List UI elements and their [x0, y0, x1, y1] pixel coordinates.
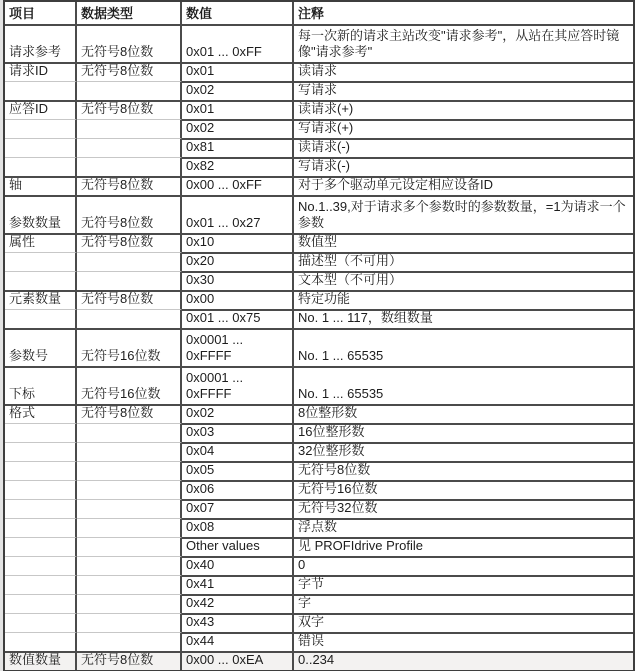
- item-cell: 属性: [5, 233, 77, 252]
- note-cell: 16位整形数: [294, 423, 633, 442]
- table-row: 0x42字: [5, 594, 633, 613]
- type-cell: [77, 556, 182, 575]
- type-cell: [77, 423, 182, 442]
- note-cell: 写请求(+): [294, 119, 633, 138]
- item-cell: [5, 442, 77, 461]
- type-cell: 无符号16位数: [77, 366, 182, 404]
- value-cell: 0x41: [182, 575, 294, 594]
- note-cell: 数值型: [294, 233, 633, 252]
- item-cell: [5, 480, 77, 499]
- type-cell: [77, 499, 182, 518]
- item-cell: [5, 518, 77, 537]
- note-cell: 无符号16位数: [294, 480, 633, 499]
- type-cell: [77, 613, 182, 632]
- item-cell: [5, 613, 77, 632]
- table-row: 0x05无符号8位数: [5, 461, 633, 480]
- value-cell: 0x00 ... 0xFF: [182, 176, 294, 195]
- item-cell: 下标: [5, 366, 77, 404]
- table-row: 0x0432位整形数: [5, 442, 633, 461]
- note-cell: 0..234: [294, 651, 633, 670]
- table-row: 0x02写请求: [5, 81, 633, 100]
- value-cell: 0x07: [182, 499, 294, 518]
- table-row: 0x0316位整形数: [5, 423, 633, 442]
- value-cell: 0x01 ... 0xFF: [182, 24, 294, 62]
- note-cell: 浮点数: [294, 518, 633, 537]
- table-row: 请求ID无符号8位数0x01读请求: [5, 62, 633, 81]
- item-cell: [5, 499, 77, 518]
- table-row: 0x01 ... 0x75No. 1 ... 117，数组数量: [5, 309, 633, 328]
- type-cell: 无符号8位数: [77, 195, 182, 233]
- note-cell: 文本型（不可用）: [294, 271, 633, 290]
- note-cell: 对于多个驱动单元设定相应设备ID: [294, 176, 633, 195]
- table-row: 0x06无符号16位数: [5, 480, 633, 499]
- value-cell: 0x05: [182, 461, 294, 480]
- type-cell: [77, 309, 182, 328]
- value-cell: 0x02: [182, 81, 294, 100]
- value-cell: Other values: [182, 537, 294, 556]
- item-cell: 数值数量: [5, 651, 77, 670]
- value-cell: 0x0001 ... 0xFFFF: [182, 328, 294, 366]
- item-cell: [5, 309, 77, 328]
- item-cell: 请求ID: [5, 62, 77, 81]
- type-cell: 无符号8位数: [77, 176, 182, 195]
- item-cell: [5, 461, 77, 480]
- column-header: 数据类型: [77, 2, 182, 24]
- note-cell: 读请求(-): [294, 138, 633, 157]
- note-cell: 每一次新的请求主站改变"请求参考"，从站在其应答时镜像"请求参考": [294, 24, 633, 62]
- value-cell: 0x04: [182, 442, 294, 461]
- type-cell: [77, 518, 182, 537]
- value-cell: 0x01: [182, 62, 294, 81]
- table-row: 0x43双字: [5, 613, 633, 632]
- type-cell: [77, 575, 182, 594]
- value-cell: 0x43: [182, 613, 294, 632]
- item-cell: [5, 157, 77, 176]
- table-row: 下标无符号16位数0x0001 ... 0xFFFFNo. 1 ... 6553…: [5, 366, 633, 404]
- type-cell: 无符号8位数: [77, 290, 182, 309]
- item-cell: 参数号: [5, 328, 77, 366]
- value-cell: 0x44: [182, 632, 294, 651]
- document-page: 项目数据类型数值注释请求参考无符号8位数0x01 ... 0xFF每一次新的请求…: [0, 0, 640, 671]
- table-row: 0x81读请求(-): [5, 138, 633, 157]
- table-row: 0x30文本型（不可用）: [5, 271, 633, 290]
- value-cell: 0x0001 ... 0xFFFF: [182, 366, 294, 404]
- type-cell: [77, 252, 182, 271]
- value-cell: 0x01: [182, 100, 294, 119]
- table-row: 格式无符号8位数0x028位整形数: [5, 404, 633, 423]
- note-cell: 写请求: [294, 81, 633, 100]
- type-cell: [77, 442, 182, 461]
- note-cell: No. 1 ... 65535: [294, 366, 633, 404]
- table-row: 0x02写请求(+): [5, 119, 633, 138]
- table-row: 元素数量无符号8位数0x00特定功能: [5, 290, 633, 309]
- note-cell: No. 1 ... 117，数组数量: [294, 309, 633, 328]
- item-cell: 应答ID: [5, 100, 77, 119]
- type-cell: [77, 461, 182, 480]
- table-row: 轴无符号8位数0x00 ... 0xFF对于多个驱动单元设定相应设备ID: [5, 176, 633, 195]
- value-cell: 0x30: [182, 271, 294, 290]
- value-cell: 0x42: [182, 594, 294, 613]
- item-cell: [5, 575, 77, 594]
- note-cell: 0: [294, 556, 633, 575]
- note-cell: 读请求: [294, 62, 633, 81]
- column-header: 项目: [5, 2, 77, 24]
- item-cell: [5, 594, 77, 613]
- value-cell: 0x81: [182, 138, 294, 157]
- value-cell: 0x03: [182, 423, 294, 442]
- item-cell: [5, 423, 77, 442]
- type-cell: 无符号8位数: [77, 233, 182, 252]
- item-cell: 参数数量: [5, 195, 77, 233]
- item-cell: [5, 138, 77, 157]
- note-cell: 8位整形数: [294, 404, 633, 423]
- note-cell: 写请求(-): [294, 157, 633, 176]
- table-row: 请求参考无符号8位数0x01 ... 0xFF每一次新的请求主站改变"请求参考"…: [5, 24, 633, 62]
- type-cell: 无符号8位数: [77, 100, 182, 119]
- note-cell: 见 PROFIdrive Profile: [294, 537, 633, 556]
- value-cell: 0x01 ... 0x27: [182, 195, 294, 233]
- table-row: 0x07无符号32位数: [5, 499, 633, 518]
- type-cell: [77, 81, 182, 100]
- type-cell: 无符号8位数: [77, 24, 182, 62]
- item-cell: [5, 556, 77, 575]
- item-cell: [5, 632, 77, 651]
- item-cell: [5, 119, 77, 138]
- value-cell: 0x10: [182, 233, 294, 252]
- note-cell: 字节: [294, 575, 633, 594]
- table-row: 参数数量无符号8位数0x01 ... 0x27No.1..39,对于请求多个参数…: [5, 195, 633, 233]
- table-row: 参数号无符号16位数0x0001 ... 0xFFFFNo. 1 ... 655…: [5, 328, 633, 366]
- table-row: 应答ID无符号8位数0x01读请求(+): [5, 100, 633, 119]
- value-cell: 0x82: [182, 157, 294, 176]
- note-cell: No.1..39,对于请求多个参数时的参数数量，=1为请求一个参数: [294, 195, 633, 233]
- type-cell: [77, 594, 182, 613]
- type-cell: [77, 537, 182, 556]
- table-row: 0x20描述型（不可用）: [5, 252, 633, 271]
- value-cell: 0x40: [182, 556, 294, 575]
- type-cell: 无符号8位数: [77, 404, 182, 423]
- note-cell: 字: [294, 594, 633, 613]
- header-row: 项目数据类型数值注释: [5, 2, 633, 24]
- column-header: 数值: [182, 2, 294, 24]
- value-cell: 0x02: [182, 119, 294, 138]
- item-cell: [5, 537, 77, 556]
- table-row: 0x400: [5, 556, 633, 575]
- note-cell: 32位整形数: [294, 442, 633, 461]
- table-row: 0x41字节: [5, 575, 633, 594]
- item-cell: [5, 271, 77, 290]
- type-cell: [77, 138, 182, 157]
- table-row: 0x44错误: [5, 632, 633, 651]
- type-cell: 无符号16位数: [77, 328, 182, 366]
- type-cell: [77, 271, 182, 290]
- note-cell: No. 1 ... 65535: [294, 328, 633, 366]
- table-row: 属性无符号8位数0x10数值型: [5, 233, 633, 252]
- value-cell: 0x20: [182, 252, 294, 271]
- table-row: 0x82写请求(-): [5, 157, 633, 176]
- note-cell: 读请求(+): [294, 100, 633, 119]
- value-cell: 0x02: [182, 404, 294, 423]
- item-cell: [5, 81, 77, 100]
- type-cell: [77, 480, 182, 499]
- item-cell: [5, 252, 77, 271]
- item-cell: 请求参考: [5, 24, 77, 62]
- column-header: 注释: [294, 2, 633, 24]
- note-cell: 无符号32位数: [294, 499, 633, 518]
- value-cell: 0x06: [182, 480, 294, 499]
- type-cell: 无符号8位数: [77, 651, 182, 670]
- value-cell: 0x01 ... 0x75: [182, 309, 294, 328]
- note-cell: 双字: [294, 613, 633, 632]
- item-cell: 格式: [5, 404, 77, 423]
- note-cell: 描述型（不可用）: [294, 252, 633, 271]
- item-cell: 元素数量: [5, 290, 77, 309]
- note-cell: 特定功能: [294, 290, 633, 309]
- type-cell: [77, 632, 182, 651]
- type-cell: 无符号8位数: [77, 62, 182, 81]
- note-cell: 无符号8位数: [294, 461, 633, 480]
- type-cell: [77, 157, 182, 176]
- type-cell: [77, 119, 182, 138]
- note-cell: 错误: [294, 632, 633, 651]
- table-row: 数值数量无符号8位数0x00 ... 0xEA0..234: [5, 651, 633, 670]
- value-cell: 0x08: [182, 518, 294, 537]
- table-row: Other values见 PROFIdrive Profile: [5, 537, 633, 556]
- value-cell: 0x00: [182, 290, 294, 309]
- table-row: 0x08浮点数: [5, 518, 633, 537]
- item-cell: 轴: [5, 176, 77, 195]
- parameter-table: 项目数据类型数值注释请求参考无符号8位数0x01 ... 0xFF每一次新的请求…: [3, 0, 635, 671]
- value-cell: 0x00 ... 0xEA: [182, 651, 294, 670]
